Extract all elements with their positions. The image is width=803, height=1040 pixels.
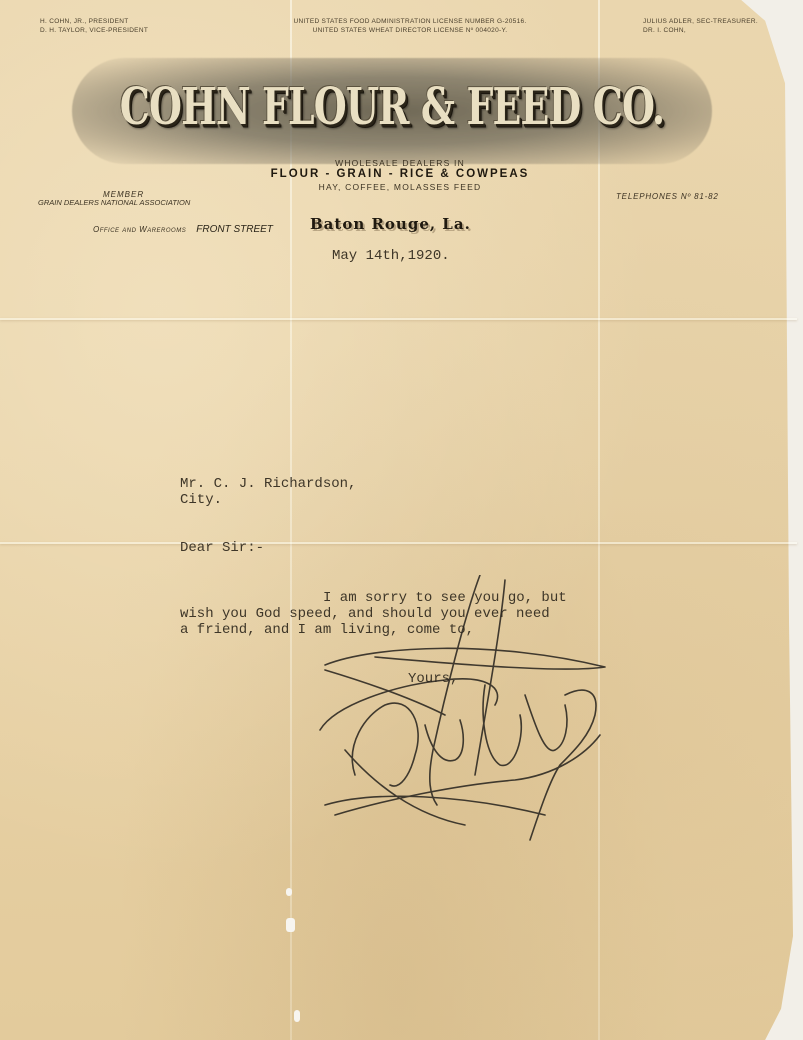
tagline-secondary-products: HAY, COFFEE, MOLASSES FEED — [230, 182, 570, 192]
office-label: Office and Warerooms — [93, 225, 186, 234]
recipient-city: City. — [180, 492, 222, 508]
wheat-director-license: United States Wheat Director License Nº … — [270, 26, 550, 35]
letter-date: May 14th,1920. — [332, 248, 450, 264]
fold-crease-horizontal-middle — [0, 542, 797, 544]
paper-damage — [294, 1010, 300, 1022]
officers-left: H. Cohn, Jr., President D. H. Taylor, Vi… — [40, 17, 148, 35]
food-admin-license: United States Food Administration Licens… — [270, 17, 550, 26]
handwritten-signature — [315, 575, 615, 845]
city-location: Baton Rouge, La. — [310, 215, 471, 233]
officer-sec-treasurer: Julius Adler, Sec-Treasurer. — [643, 17, 758, 26]
telephone-numbers: TELEPHONES Nº 81-82 — [616, 192, 719, 201]
tagline-wholesale: WHOLESALE DEALERS IN — [230, 158, 570, 168]
fold-crease-horizontal-top — [0, 318, 797, 320]
salutation: Dear Sir:- — [180, 540, 264, 556]
paper-damage — [286, 888, 292, 896]
paper-damage — [286, 918, 295, 932]
officer-director: Dr. I. Cohn, — [643, 26, 758, 35]
officers-right: Julius Adler, Sec-Treasurer. Dr. I. Cohn… — [643, 17, 758, 35]
officer-vice-president: D. H. Taylor, Vice-President — [40, 26, 148, 35]
office-address: Office and Warerooms FRONT STREET — [93, 219, 273, 237]
officer-president: H. Cohn, Jr., President — [40, 17, 148, 26]
association-name: GRAIN DEALERS NATIONAL ASSOCIATION — [38, 198, 190, 207]
recipient-name: Mr. C. J. Richardson, — [180, 476, 356, 492]
license-numbers: United States Food Administration Licens… — [270, 17, 550, 35]
office-street: FRONT STREET — [196, 224, 273, 235]
tagline-products: FLOUR - GRAIN - RICE & COWPEAS — [230, 168, 570, 180]
company-name-logo: COHN FLOUR & FEED CO. — [117, 78, 667, 137]
